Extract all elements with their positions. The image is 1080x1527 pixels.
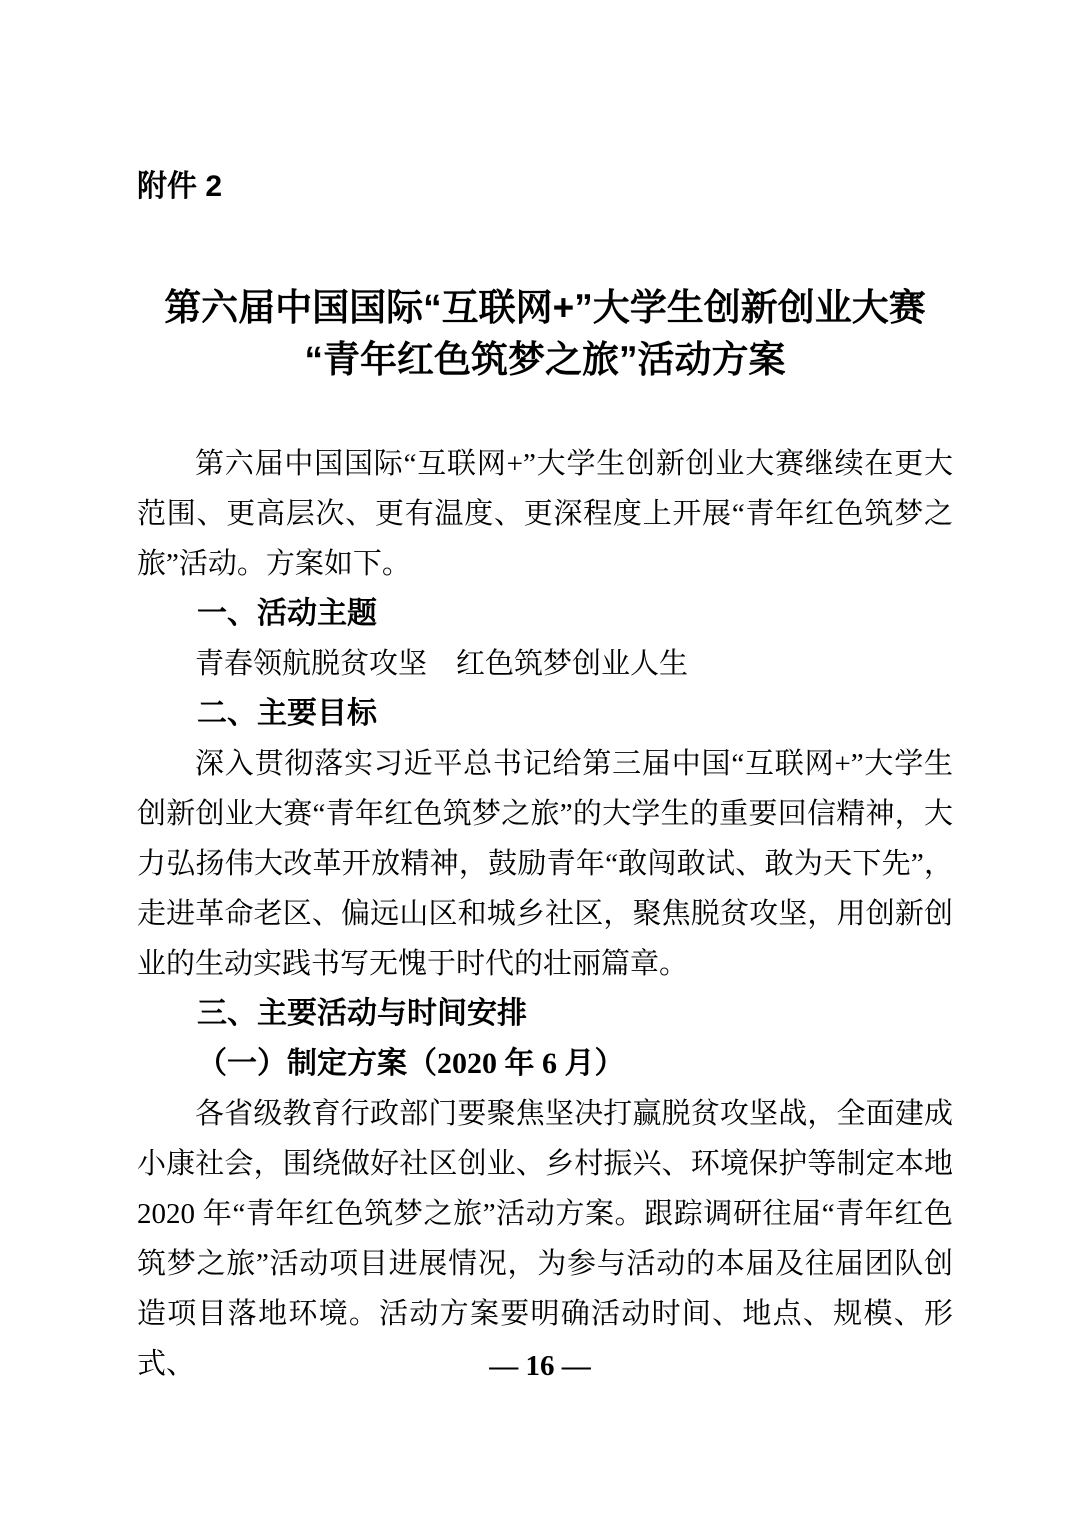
main-goals-paragraph: 深入贯彻落实习近平总书记给第三届中国“互联网+”大学生创新创业大赛“青年红色筑梦… [137,739,953,989]
section-heading-main-goals: 二、主要目标 [137,689,953,739]
attachment-label: 附件 2 [137,0,953,204]
document-body: 第六届中国国际“互联网+”大学生创新创业大赛继续在更大范围、更高层次、更有温度、… [137,439,953,1389]
section-heading-activity-theme: 一、活动主题 [137,589,953,639]
document-title-line-1: 第六届中国国际“互联网+”大学生创新创业大赛 [137,282,953,334]
document-content: 附件 2 第六届中国国际“互联网+”大学生创新创业大赛 “青年红色筑梦之旅”活动… [0,0,1080,1389]
page-number: — 16 — [0,1344,1080,1388]
subsection-heading-plan-making: （一）制定方案（2020 年 6 月） [137,1039,953,1089]
activity-theme-text: 青春领航脱贫攻坚 红色筑梦创业人生 [137,639,953,689]
document-title-line-2: “青年红色筑梦之旅”活动方案 [137,334,953,386]
section-heading-activities-schedule: 三、主要活动与时间安排 [137,989,953,1039]
document-page: 附件 2 第六届中国国际“互联网+”大学生创新创业大赛 “青年红色筑梦之旅”活动… [0,0,1080,1527]
intro-paragraph: 第六届中国国际“互联网+”大学生创新创业大赛继续在更大范围、更高层次、更有温度、… [137,439,953,589]
document-title: 第六届中国国际“互联网+”大学生创新创业大赛 “青年红色筑梦之旅”活动方案 [137,282,953,386]
